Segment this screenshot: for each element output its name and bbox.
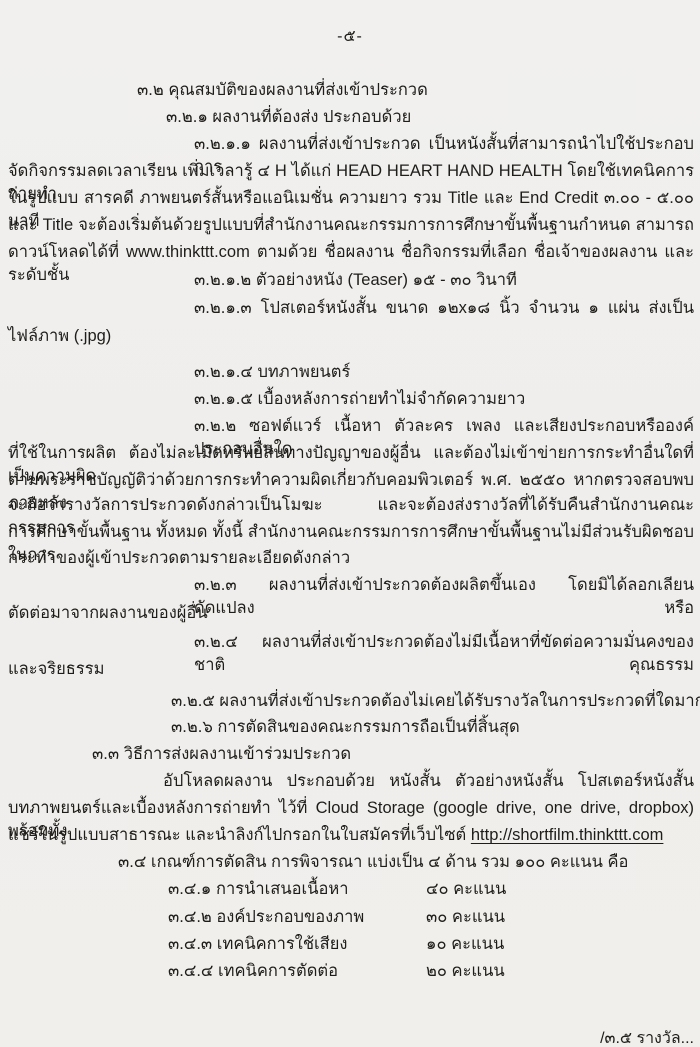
criteria-row: ๓.๔.๓ เทคนิคการใช้เสียง๑๐ คะแนน — [8, 933, 694, 956]
item-3-2-1-5: ๓.๒.๑.๕ เบื้องหลังการถ่ายทำไม่จำกัดความย… — [8, 388, 694, 411]
criteria-label: ๓.๔.๓ เทคนิคการใช้เสียง — [168, 933, 426, 956]
criteria-row: ๓.๔.๒ องค์ประกอบของภาพ๓๐ คะแนน — [8, 906, 694, 929]
sec-3-3-heading: ๓.๓ วิธีการส่งผลงานเข้าร่วมประกวด — [8, 743, 700, 766]
criteria-row: ๓.๔.๔ เทคนิคการตัดต่อ๒๐ คะแนน — [8, 960, 694, 983]
criteria-score: ๔๐ คะแนน — [426, 878, 506, 901]
footer-continuation: /๓.๕ รางวัล... — [600, 1026, 694, 1047]
item-3-2-1-3-line1: ๓.๒.๑.๓ โปสเตอร์หนังสั้น ขนาด ๑๒x๑๘ นิ้ว… — [8, 297, 694, 320]
criteria-label: ๓.๔.๔ เทคนิคการตัดต่อ — [168, 960, 426, 983]
page-number: -๕- — [0, 24, 700, 49]
item-3-2-3-line2: ตัดต่อมาจากผลงานของผู้อื่น — [8, 602, 694, 625]
item-3-2-6: ๓.๒.๖ การตัดสินของคณะกรรมการถือเป็นที่สิ… — [8, 716, 700, 739]
sec-3-4-heading: ๓.๔ เกณฑ์การตัดสิน การพิจารณา แบ่งเป็น ๔… — [8, 851, 700, 874]
item-3-2-4-line2: และจริยธรรม — [8, 658, 694, 681]
item-3-2-1-3-line2: ไฟล์ภาพ (.jpg) — [8, 325, 694, 348]
item-3-2-5: ๓.๒.๕ ผลงานที่ส่งเข้าประกวดต้องไม่เคยได้… — [8, 690, 700, 713]
shortfilm-link[interactable]: http://shortfilm.thinkttt.com — [471, 826, 664, 844]
item-3-2-1-4: ๓.๒.๑.๔ บทภาพยนตร์ — [8, 361, 694, 384]
item-3-2-1-1-line4: และ Title จะต้องเริ่มต้นด้วยรูปแบบที่สำน… — [8, 214, 694, 237]
criteria-score: ๒๐ คะแนน — [426, 960, 505, 983]
para-3-3-line3: แชร์ในรูปแบบสาธารณะ และนำลิงก์ไปกรอกในใบ… — [8, 824, 694, 847]
criteria-label: ๓.๔.๒ องค์ประกอบของภาพ — [168, 906, 426, 929]
document-page: -๕- ๓.๒ คุณสมบัติของผลงานที่ส่งเข้าประกว… — [0, 0, 700, 1047]
item-3-2-2-line6: กระทำของผู้เข้าประกวดตามรายละเอียดดังกล่… — [8, 547, 694, 570]
criteria-label: ๓.๔.๑ การนำเสนอเนื้อหา — [168, 878, 426, 901]
link-line-prefix: แชร์ในรูปแบบสาธารณะ และนำลิงก์ไปกรอกในใบ… — [8, 826, 471, 844]
para-3-3-line1: อัปโหลดผลงาน ประกอบด้วย หนังสั้น ตัวอย่า… — [8, 770, 694, 793]
item-3-2-1: ๓.๒.๑ ผลงานที่ต้องส่ง ประกอบด้วย — [8, 106, 700, 129]
sec-3-2-heading: ๓.๒ คุณสมบัติของผลงานที่ส่งเข้าประกวด — [8, 79, 700, 102]
criteria-score: ๑๐ คะแนน — [426, 933, 504, 956]
item-3-2-1-2: ๓.๒.๑.๒ ตัวอย่างหนัง (Teaser) ๑๕ - ๓๐ วิ… — [8, 269, 694, 292]
criteria-row: ๓.๔.๑ การนำเสนอเนื้อหา๔๐ คะแนน — [8, 878, 694, 901]
criteria-score: ๓๐ คะแนน — [426, 906, 505, 929]
